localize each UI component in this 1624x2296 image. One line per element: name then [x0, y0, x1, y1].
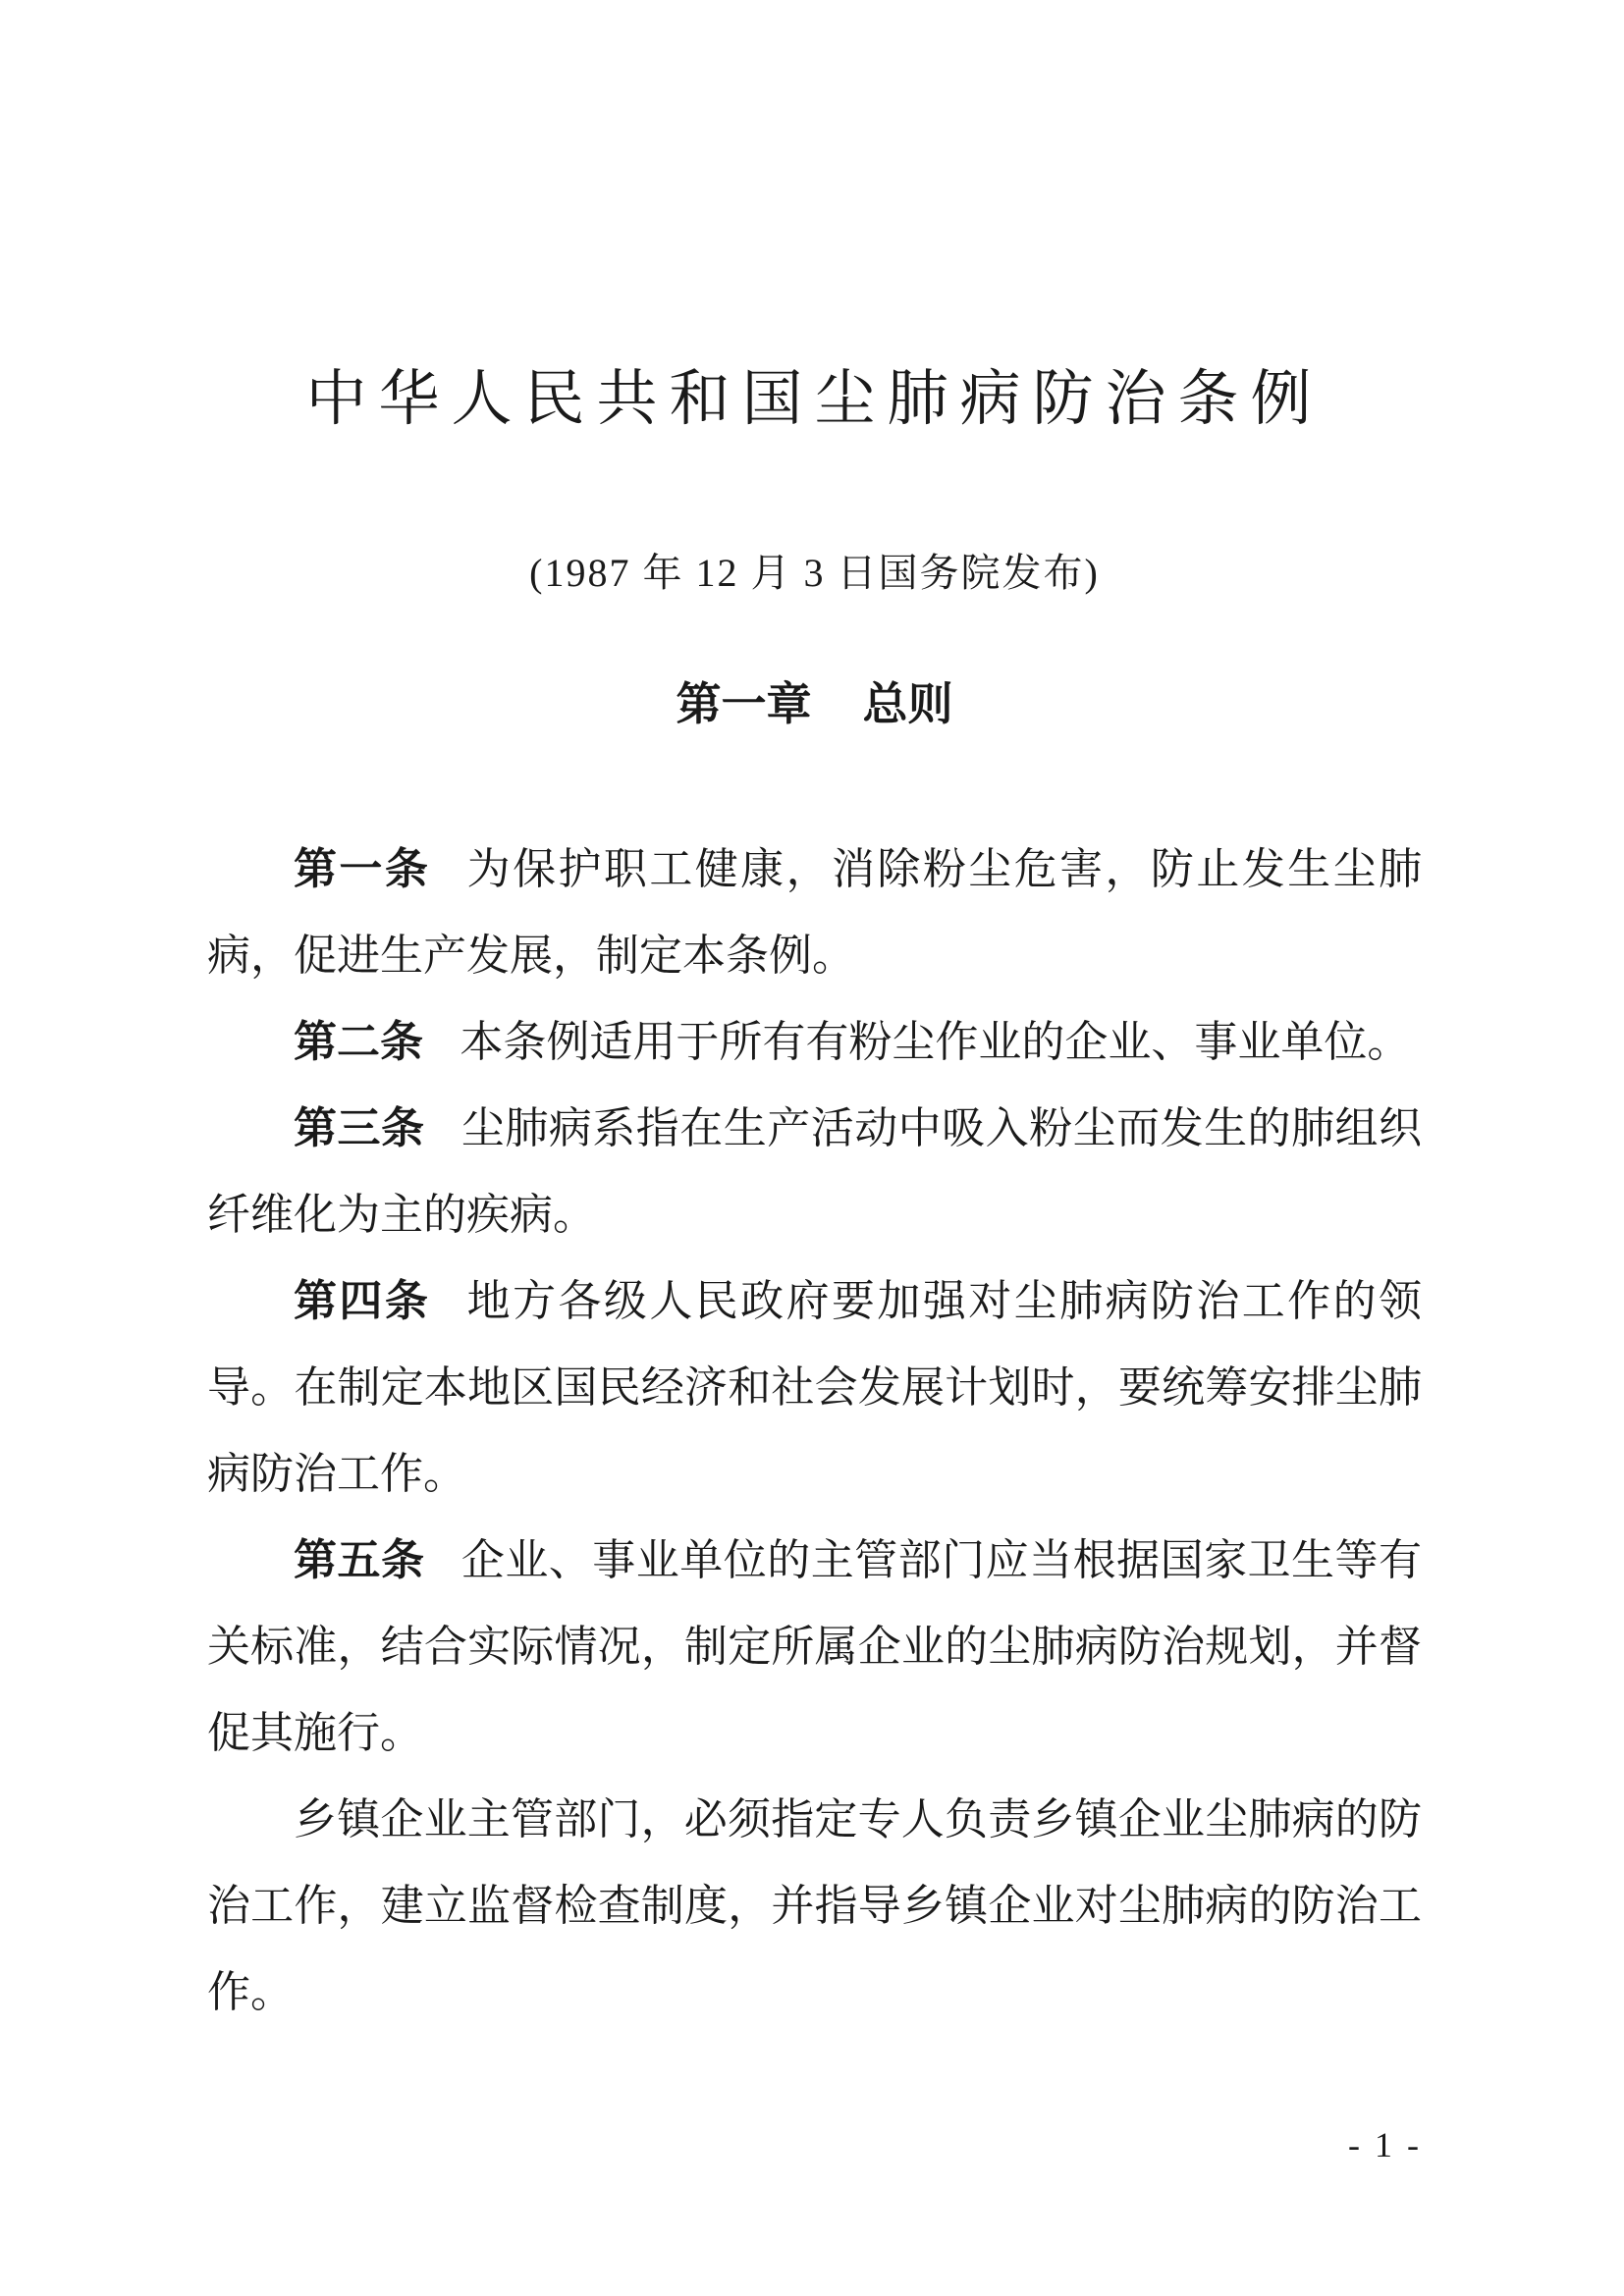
document-page: 中华人民共和国尘肺病防治条例 (1987 年 12 月 3 日国务院发布) 第一… — [0, 0, 1624, 2296]
paragraph: 第四条地方各级人民政府要加强对尘肺病防治工作的领导。在制定本地区国民经济和社会发… — [207, 1258, 1422, 1518]
article-number: 第二条 — [294, 1018, 423, 1066]
article-number: 第四条 — [294, 1277, 430, 1325]
publication-line: (1987 年 12 月 3 日国务院发布) — [207, 548, 1422, 599]
paragraph-text: 本条例适用于所有有粉尘作业的企业、事业单位。 — [460, 1018, 1410, 1066]
paragraph: 第三条尘肺病系指在生产活动中吸入粉尘而发生的肺组织纤维化为主的疾病。 — [207, 1086, 1422, 1258]
paragraph: 第一条为保护职工健康，消除粉尘危害，防止发生尘肺病，促进生产发展，制定本条例。 — [207, 827, 1422, 999]
chapter-heading: 第一章总则 — [207, 675, 1422, 732]
document-title: 中华人民共和国尘肺病防治条例 — [207, 0, 1422, 438]
page-number: - 1 - — [1348, 2123, 1422, 2166]
article-number: 第五条 — [294, 1536, 424, 1584]
paragraph: 第五条企业、事业单位的主管部门应当根据国家卫生等有关标准，结合实际情况，制定所属… — [207, 1518, 1422, 1777]
article-number: 第三条 — [294, 1104, 424, 1152]
paragraph: 第二条本条例适用于所有有粉尘作业的企业、事业单位。 — [207, 999, 1422, 1086]
article-number: 第一条 — [294, 845, 430, 893]
chapter-title: 总则 — [863, 678, 953, 729]
paragraph-text: 乡镇企业主管部门，必须指定专人负责乡镇企业尘肺病的防治工作，建立监督检查制度，并… — [207, 1795, 1422, 2016]
document-body: 第一条为保护职工健康，消除粉尘危害，防止发生尘肺病，促进生产发展，制定本条例。 … — [207, 827, 1422, 2036]
chapter-number: 第一章 — [677, 678, 812, 729]
paragraph: 乡镇企业主管部门，必须指定专人负责乡镇企业尘肺病的防治工作，建立监督检查制度，并… — [207, 1777, 1422, 2036]
